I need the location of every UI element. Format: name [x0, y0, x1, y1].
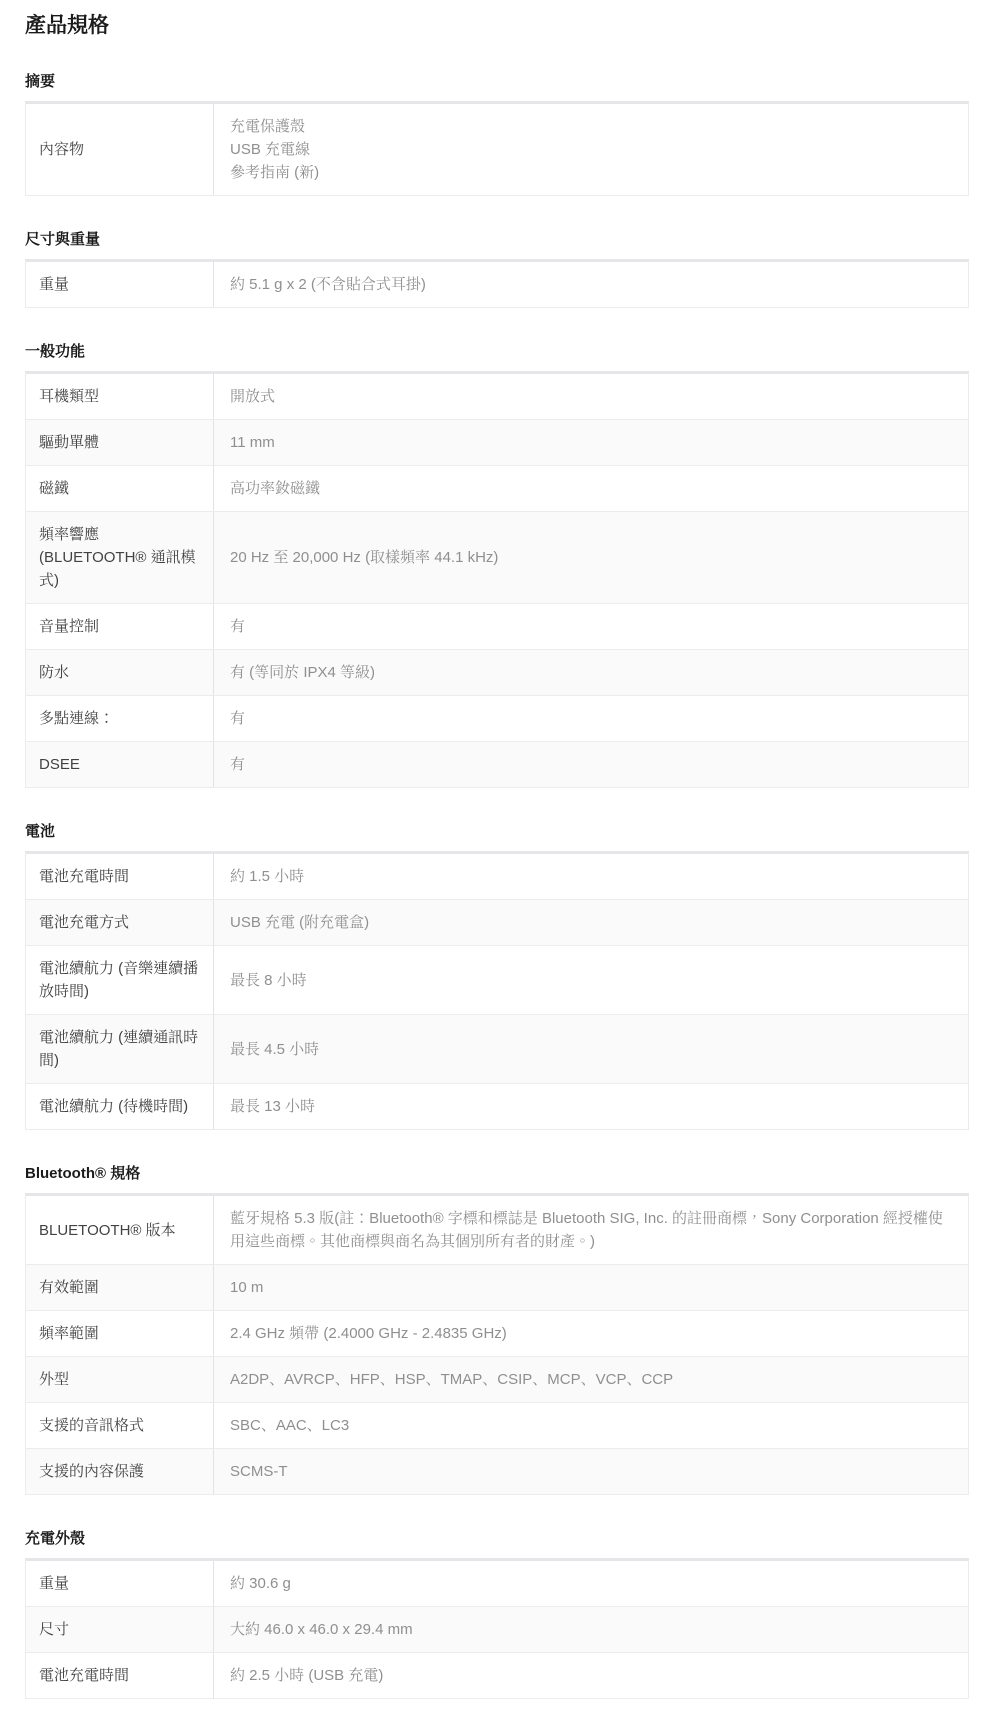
- spec-row: 支援的音訊格式SBC、AAC、LC3: [26, 1402, 968, 1448]
- section-heading: 尺寸與重量: [25, 228, 969, 251]
- spec-row-value: 約 1.5 小時: [213, 854, 968, 899]
- spec-row-value: 開放式: [213, 374, 968, 419]
- spec-row-value: 11 mm: [213, 420, 968, 465]
- spec-table: 內容物充電保護殼USB 充電線參考指南 (新): [25, 101, 969, 196]
- spec-row-label: DSEE: [26, 742, 213, 787]
- spec-sections-container: 摘要內容物充電保護殼USB 充電線參考指南 (新)尺寸與重量重量約 5.1 g …: [25, 70, 969, 1699]
- spec-value-line: 11 mm: [230, 431, 952, 454]
- spec-row-value: 最長 13 小時: [213, 1084, 968, 1129]
- spec-value-line: SBC、AAC、LC3: [230, 1414, 952, 1437]
- spec-row-value: 最長 8 小時: [213, 946, 968, 1014]
- spec-row: BLUETOOTH® 版本藍牙規格 5.3 版(註：Bluetooth® 字標和…: [26, 1196, 968, 1264]
- spec-row: DSEE有: [26, 741, 968, 787]
- spec-row: 支援的內容保護SCMS-T: [26, 1448, 968, 1494]
- spec-row: 電池充電時間約 1.5 小時: [26, 854, 968, 899]
- spec-row-label: 重量: [26, 262, 213, 307]
- spec-value-line: 有 (等同於 IPX4 等級): [230, 661, 952, 684]
- spec-row-label: 重量: [26, 1561, 213, 1606]
- spec-row: 音量控制有: [26, 603, 968, 649]
- spec-value-line: 有: [230, 615, 952, 638]
- spec-row-value: SBC、AAC、LC3: [213, 1403, 968, 1448]
- spec-row-value: 高功率釹磁鐵: [213, 466, 968, 511]
- spec-row: 電池充電時間約 2.5 小時 (USB 充電): [26, 1652, 968, 1698]
- spec-row-label: 耳機類型: [26, 374, 213, 419]
- spec-table: 重量約 30.6 g尺寸大約 46.0 x 46.0 x 29.4 mm電池充電…: [25, 1558, 969, 1699]
- spec-row-value: 有: [213, 604, 968, 649]
- spec-row: 耳機類型開放式: [26, 374, 968, 419]
- section-heading: 摘要: [25, 70, 969, 93]
- spec-row-value: SCMS-T: [213, 1449, 968, 1494]
- spec-row: 尺寸大約 46.0 x 46.0 x 29.4 mm: [26, 1606, 968, 1652]
- spec-row: 防水有 (等同於 IPX4 等級): [26, 649, 968, 695]
- spec-row: 驅動單體11 mm: [26, 419, 968, 465]
- spec-value-line: 有: [230, 707, 952, 730]
- spec-value-line: USB 充電線: [230, 138, 952, 161]
- spec-row-label: 磁鐵: [26, 466, 213, 511]
- spec-value-line: 20 Hz 至 20,000 Hz (取樣頻率 44.1 kHz): [230, 546, 952, 569]
- spec-row-label: 支援的內容保護: [26, 1449, 213, 1494]
- section-heading: 電池: [25, 820, 969, 843]
- spec-value-line: 約 30.6 g: [230, 1572, 952, 1595]
- spec-row-value: 10 m: [213, 1265, 968, 1310]
- spec-value-line: 10 m: [230, 1276, 952, 1299]
- spec-value-line: 參考指南 (新): [230, 161, 952, 184]
- spec-row-label: 支援的音訊格式: [26, 1403, 213, 1448]
- spec-row: 重量約 30.6 g: [26, 1561, 968, 1606]
- spec-row-value: 大約 46.0 x 46.0 x 29.4 mm: [213, 1607, 968, 1652]
- spec-row: 重量約 5.1 g x 2 (不含貼合式耳掛): [26, 262, 968, 307]
- spec-row-label: 電池充電時間: [26, 854, 213, 899]
- spec-section: 尺寸與重量重量約 5.1 g x 2 (不含貼合式耳掛): [25, 228, 969, 308]
- spec-row: 有效範圍10 m: [26, 1264, 968, 1310]
- spec-section: Bluetooth® 規格BLUETOOTH® 版本藍牙規格 5.3 版(註：B…: [25, 1162, 969, 1495]
- spec-value-line: A2DP、AVRCP、HFP、HSP、TMAP、CSIP、MCP、VCP、CCP: [230, 1368, 952, 1391]
- spec-row: 頻率範圍2.4 GHz 頻帶 (2.4000 GHz - 2.4835 GHz): [26, 1310, 968, 1356]
- spec-value-line: 充電保護殼: [230, 115, 952, 138]
- spec-row-label: 電池續航力 (連續通訊時間): [26, 1015, 213, 1083]
- spec-table: 重量約 5.1 g x 2 (不含貼合式耳掛): [25, 259, 969, 308]
- spec-row-value: 有 (等同於 IPX4 等級): [213, 650, 968, 695]
- spec-row-value: 最長 4.5 小時: [213, 1015, 968, 1083]
- spec-value-line: 藍牙規格 5.3 版(註：Bluetooth® 字標和標誌是 Bluetooth…: [230, 1207, 952, 1253]
- spec-value-line: USB 充電 (附充電盒): [230, 911, 952, 934]
- spec-row-label: 頻率響應 (BLUETOOTH® 通訊模式): [26, 512, 213, 603]
- spec-section: 充電外殼重量約 30.6 g尺寸大約 46.0 x 46.0 x 29.4 mm…: [25, 1527, 969, 1699]
- spec-value-line: SCMS-T: [230, 1460, 952, 1483]
- spec-row-label: 外型: [26, 1357, 213, 1402]
- spec-row: 電池充電方式USB 充電 (附充電盒): [26, 899, 968, 945]
- section-heading: Bluetooth® 規格: [25, 1162, 969, 1185]
- spec-row-label: 尺寸: [26, 1607, 213, 1652]
- spec-value-line: 有: [230, 753, 952, 776]
- spec-row: 電池續航力 (連續通訊時間)最長 4.5 小時: [26, 1014, 968, 1083]
- spec-value-line: 最長 4.5 小時: [230, 1038, 952, 1061]
- spec-row-label: 音量控制: [26, 604, 213, 649]
- spec-row: 多點連線：有: [26, 695, 968, 741]
- spec-row-label: 多點連線：: [26, 696, 213, 741]
- spec-row-label: 電池續航力 (音樂連續播放時間): [26, 946, 213, 1014]
- spec-row-label: 電池充電方式: [26, 900, 213, 945]
- spec-value-line: 約 2.5 小時 (USB 充電): [230, 1664, 952, 1687]
- spec-row-label: 驅動單體: [26, 420, 213, 465]
- page-title: 產品規格: [25, 13, 969, 38]
- spec-value-line: 高功率釹磁鐵: [230, 477, 952, 500]
- spec-value-line: 約 1.5 小時: [230, 865, 952, 888]
- spec-section: 摘要內容物充電保護殼USB 充電線參考指南 (新): [25, 70, 969, 196]
- spec-row: 外型A2DP、AVRCP、HFP、HSP、TMAP、CSIP、MCP、VCP、C…: [26, 1356, 968, 1402]
- spec-row-label: 頻率範圍: [26, 1311, 213, 1356]
- section-heading: 一般功能: [25, 340, 969, 363]
- spec-value-line: 最長 8 小時: [230, 969, 952, 992]
- spec-row-value: 約 30.6 g: [213, 1561, 968, 1606]
- spec-row-value: 藍牙規格 5.3 版(註：Bluetooth® 字標和標誌是 Bluetooth…: [213, 1196, 968, 1264]
- spec-table: 耳機類型開放式驅動單體11 mm磁鐵高功率釹磁鐵頻率響應 (BLUETOOTH®…: [25, 371, 969, 788]
- spec-row-label: 有效範圍: [26, 1265, 213, 1310]
- spec-row-value: 約 2.5 小時 (USB 充電): [213, 1653, 968, 1698]
- spec-row-label: BLUETOOTH® 版本: [26, 1196, 213, 1264]
- spec-value-line: 開放式: [230, 385, 952, 408]
- spec-row-label: 防水: [26, 650, 213, 695]
- spec-row-value: 20 Hz 至 20,000 Hz (取樣頻率 44.1 kHz): [213, 512, 968, 603]
- spec-row-value: 2.4 GHz 頻帶 (2.4000 GHz - 2.4835 GHz): [213, 1311, 968, 1356]
- spec-value-line: 最長 13 小時: [230, 1095, 952, 1118]
- spec-row: 頻率響應 (BLUETOOTH® 通訊模式)20 Hz 至 20,000 Hz …: [26, 511, 968, 603]
- spec-row-value: USB 充電 (附充電盒): [213, 900, 968, 945]
- spec-row: 內容物充電保護殼USB 充電線參考指南 (新): [26, 104, 968, 195]
- spec-row: 磁鐵高功率釹磁鐵: [26, 465, 968, 511]
- spec-row-value: A2DP、AVRCP、HFP、HSP、TMAP、CSIP、MCP、VCP、CCP: [213, 1357, 968, 1402]
- spec-row-value: 充電保護殼USB 充電線參考指南 (新): [213, 104, 968, 195]
- spec-value-line: 約 5.1 g x 2 (不含貼合式耳掛): [230, 273, 952, 296]
- spec-row-value: 約 5.1 g x 2 (不含貼合式耳掛): [213, 262, 968, 307]
- spec-row-label: 電池充電時間: [26, 1653, 213, 1698]
- spec-row-label: 內容物: [26, 104, 213, 195]
- spec-section: 電池電池充電時間約 1.5 小時電池充電方式USB 充電 (附充電盒)電池續航力…: [25, 820, 969, 1130]
- section-heading: 充電外殼: [25, 1527, 969, 1550]
- product-spec-page: 產品規格 摘要內容物充電保護殼USB 充電線參考指南 (新)尺寸與重量重量約 5…: [0, 0, 1000, 1717]
- spec-value-line: 2.4 GHz 頻帶 (2.4000 GHz - 2.4835 GHz): [230, 1322, 952, 1345]
- spec-table: 電池充電時間約 1.5 小時電池充電方式USB 充電 (附充電盒)電池續航力 (…: [25, 851, 969, 1130]
- spec-row: 電池續航力 (音樂連續播放時間)最長 8 小時: [26, 945, 968, 1014]
- spec-row-label: 電池續航力 (待機時間): [26, 1084, 213, 1129]
- spec-row-value: 有: [213, 742, 968, 787]
- spec-row-value: 有: [213, 696, 968, 741]
- spec-table: BLUETOOTH® 版本藍牙規格 5.3 版(註：Bluetooth® 字標和…: [25, 1193, 969, 1495]
- spec-value-line: 大約 46.0 x 46.0 x 29.4 mm: [230, 1618, 952, 1641]
- spec-section: 一般功能耳機類型開放式驅動單體11 mm磁鐵高功率釹磁鐵頻率響應 (BLUETO…: [25, 340, 969, 788]
- spec-row: 電池續航力 (待機時間)最長 13 小時: [26, 1083, 968, 1129]
